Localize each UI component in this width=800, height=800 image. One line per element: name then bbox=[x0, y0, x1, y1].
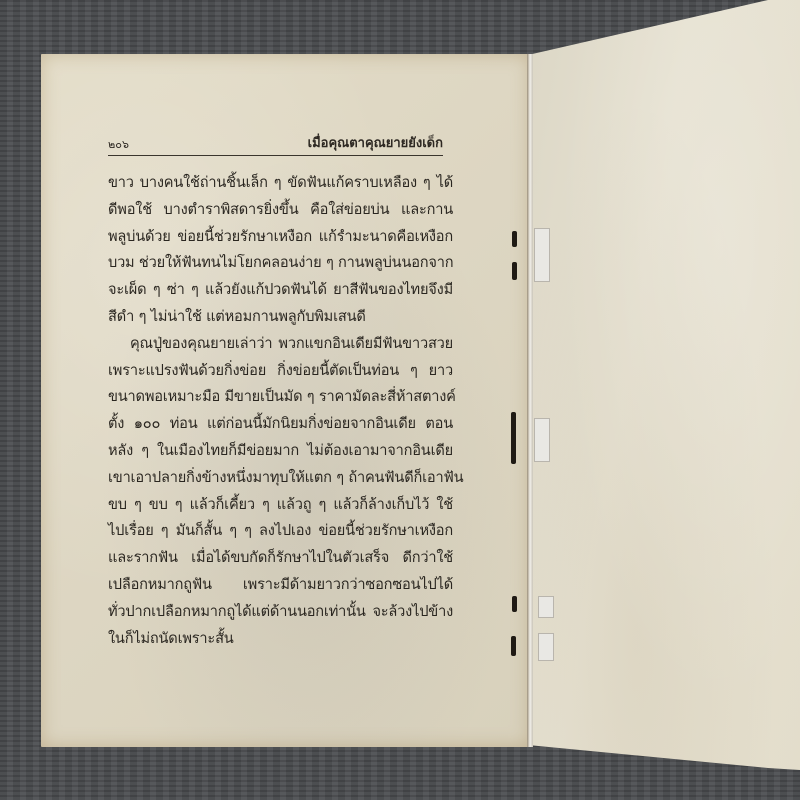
text-line: บวม ช่วยให้ฟันทนไม่โยกคลอนง่าย ๆ กานพลูบ… bbox=[108, 250, 453, 277]
binding-tab bbox=[534, 418, 550, 462]
staple-hole bbox=[512, 596, 517, 612]
text-line: เขาเอาปลายกิ่งข้างหนึ่งมาทุบให้แตก ๆ ถ้า… bbox=[108, 465, 453, 492]
staple-hole bbox=[511, 636, 516, 656]
text-line: คุณปู่ของคุณยายเล่าว่า พวกแขกอินเดียมีฟั… bbox=[108, 331, 453, 358]
text-line: จะเผ็ด ๆ ซ่า ๆ แล้วยังแก้ปวดฟันได้ ยาสีฟ… bbox=[108, 277, 453, 304]
book-spine bbox=[527, 54, 533, 747]
text-line: ขนาดพอเหมาะมือ มีขายเป็นมัด ๆ ราคามัดละส… bbox=[108, 384, 453, 411]
text-line: ทั่วปากเปลือกหมากถูได้แต่ด้านนอกเท่านั้น… bbox=[108, 599, 453, 626]
body-paragraphs: ขาว บางคนใช้ถ่านชิ้นเล็ก ๆ ขัดฟันแก้คราบ… bbox=[108, 170, 453, 652]
running-title: เมื่อคุณตาคุณยายยังเด็ก bbox=[308, 132, 443, 153]
text-line: เพราะแปรงฟันด้วยกิ่งข่อย กิ่งข่อยนี้ตัดเ… bbox=[108, 358, 453, 385]
text-line: และรากฟัน เมื่อได้ขบกัดก็รักษาไปในตัวเสร… bbox=[108, 545, 453, 572]
staple-hole bbox=[511, 412, 516, 464]
text-line: หลัง ๆ ในเมืองไทยก็มีข่อยมาก ไม่ต้องเอาม… bbox=[108, 438, 453, 465]
text-line: ขาว บางคนใช้ถ่านชิ้นเล็ก ๆ ขัดฟันแก้คราบ… bbox=[108, 170, 453, 197]
binding-tab bbox=[538, 633, 554, 661]
page-header: ๒๐๖ เมื่อคุณตาคุณยายยังเด็ก bbox=[108, 131, 443, 156]
right-page-blank bbox=[528, 0, 800, 800]
text-line: ในก็ไม่ถนัดเพราะสั้น bbox=[108, 626, 453, 653]
text-line: ขบ ๆ ขบ ๆ แล้วก็เคี้ยว ๆ แล้วถู ๆ แล้วก็… bbox=[108, 492, 453, 519]
binding-tab bbox=[538, 596, 554, 618]
staple-hole bbox=[512, 231, 517, 247]
text-line: ดีพอใช้ บางตำราพิสดารยิ่งขึ้น คือใส่ข่อย… bbox=[108, 197, 453, 224]
text-line: ไปเรื่อย ๆ มันก็สั้น ๆ ๆ ลงไปเอง ข่อยนี้… bbox=[108, 518, 453, 545]
text-line: สีดำ ๆ ไม่น่าใช้ แต่หอมกานพลูกับพิมเสนดี bbox=[108, 304, 453, 331]
staple-hole bbox=[512, 262, 517, 280]
text-line: ตั้ง ๑๐๐ ท่อน แต่ก่อนนี้มักนิยมกิ่งข่อยจ… bbox=[108, 411, 453, 438]
text-line: เปลือกหมากถูฟัน เพราะมีด้ามยาวกว่าซอกซอน… bbox=[108, 572, 453, 599]
text-line: พลูบ่นด้วย ข่อยนี้ช่วยรักษาเหงือก แก้รำม… bbox=[108, 224, 453, 251]
page-number: ๒๐๖ bbox=[108, 135, 129, 153]
binding-tab bbox=[534, 228, 550, 282]
